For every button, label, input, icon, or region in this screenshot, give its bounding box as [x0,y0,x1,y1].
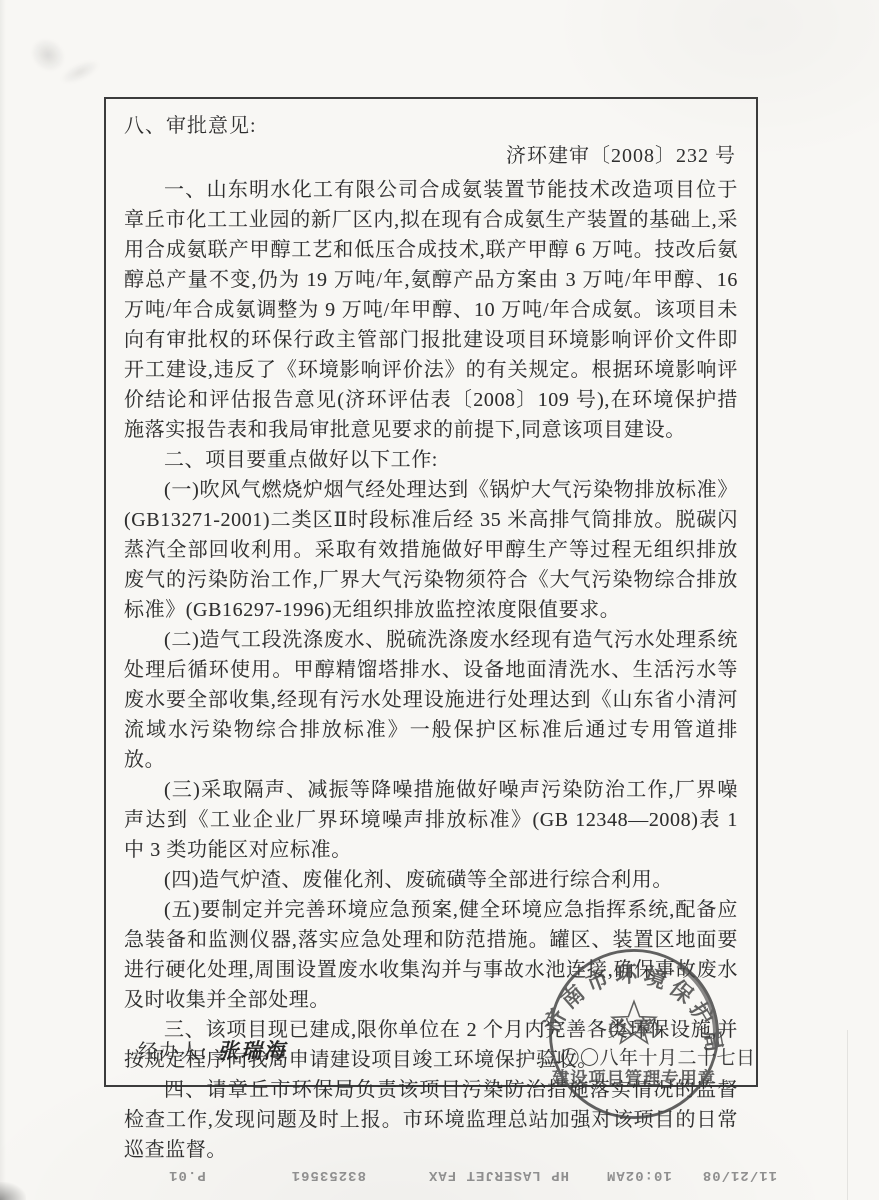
fax-time: 10:02AM [606,1167,672,1183]
fax-date: 11/21/08 [702,1167,777,1183]
paragraph: (四)造气炉渣、废催化剂、废硫磺等全部进行综合利用。 [124,865,738,895]
document-number: 济环建审〔2008〕232 号 [124,141,736,171]
handler-label: 经办人: [138,1041,208,1063]
official-seal-stamp: 济南市环境保护局 (公章) 建设项目管理专用章 [538,938,730,1130]
seal-bottom-label: 建设项目管理专用章 [552,1068,716,1088]
paragraph: 一、山东明水化工有限公司合成氨装置节能技术改造项目位于章丘市化工工业园的新厂区内… [124,175,738,445]
scan-crease [847,1030,848,1200]
paragraph: (三)采取隔声、减振等降噪措施做好噪声污染防治工作,厂界噪声达到《工业企业厂界环… [124,775,738,865]
handler-signature-row: 经办人:张瑞海 [138,1035,287,1065]
fax-header-upside-down: 11/21/08 10:02AM HP LASERJET FAX 8325356… [228,1166,777,1184]
scanned-page: 八、审批意见: 济环建审〔2008〕232 号 一、山东明水化工有限公司合成氨装… [0,0,879,1200]
fax-page: P.01 [168,1167,206,1183]
paragraph: (一)吹风气燃烧炉烟气经处理达到《锅炉大气污染物排放标准》(GB13271-20… [124,475,738,625]
section-heading: 八、审批意见: [124,111,738,141]
scan-corner-mark [0,1182,26,1200]
fax-number: 83253561 [291,1167,366,1183]
seal-center-label: (公章) [608,1016,659,1039]
fax-device: HP LASERJET FAX [428,1167,569,1183]
issue-date: 二〇〇八年十月二十七日 [541,1043,756,1070]
paragraph: 二、项目要重点做好以下工作: [124,445,738,475]
handler-signature-name: 张瑞海 [218,1038,287,1063]
paragraph: (二)造气工段洗涤废水、脱硫洗涤废水经现有造气污水处理系统处理后循环使用。甲醇精… [124,625,738,775]
